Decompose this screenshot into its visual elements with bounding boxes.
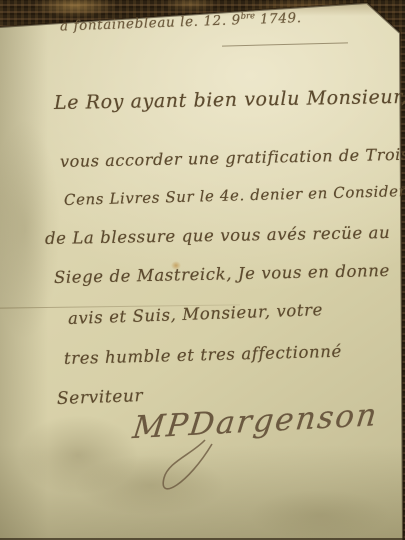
closing-line: Serviteur: [57, 386, 144, 409]
paper-blotch: [250, 490, 390, 540]
paper-blotch: [75, 455, 225, 515]
dateline-year: 1749.: [255, 10, 302, 28]
paper-blotch: [18, 415, 138, 495]
photo-background: a fontainebleau le. 12. 9bre 1749. Le Ro…: [0, 0, 405, 540]
dateline-month-superscript: bre: [240, 10, 255, 20]
